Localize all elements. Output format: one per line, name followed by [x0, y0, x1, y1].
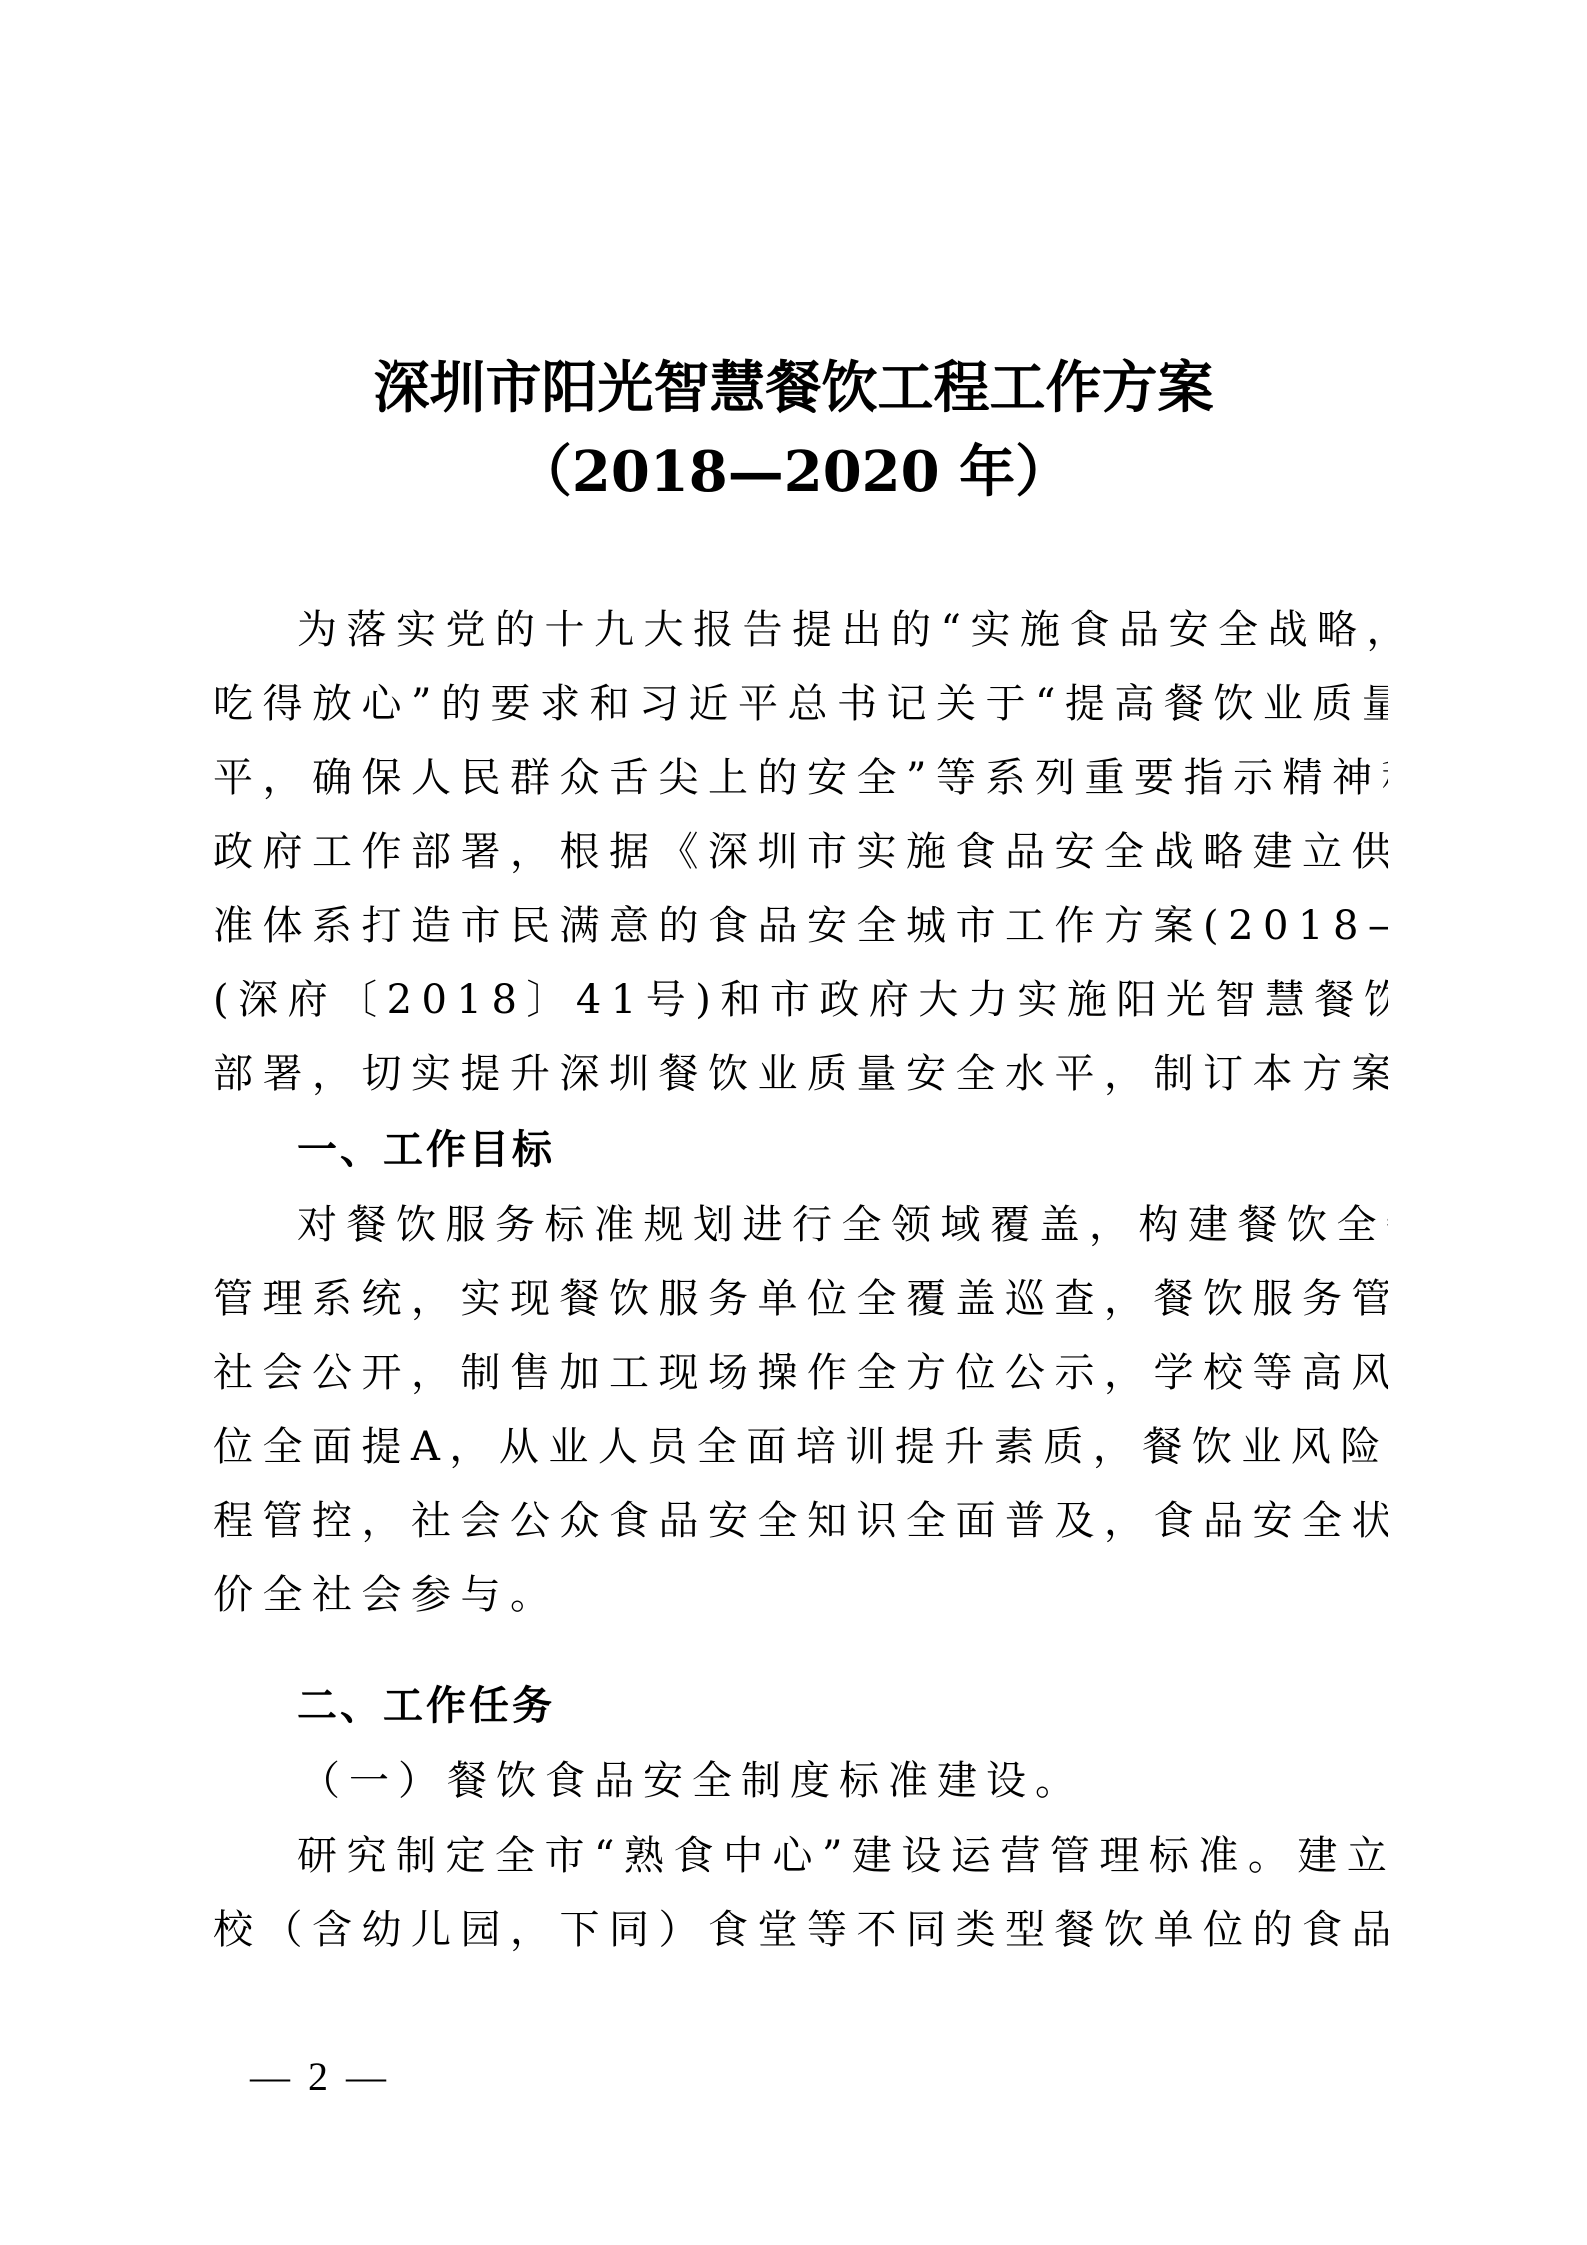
paragraph-line: 部署，切实提升深圳餐饮业质量安全水平，制订本方案。 [213, 1044, 1388, 1104]
paragraph-line: 研究制定全市“熟食中心”建设运营管理标准。建立涉及学 [297, 1826, 1388, 1886]
section-heading-tasks: 二、工作任务 [297, 1676, 555, 1736]
document-page: 深圳市阳光智慧餐饮工程工作方案 （2018—2020 年） 为落实党的十九大报告… [0, 0, 1587, 2245]
paragraph-line: 政府工作部署，根据《深圳市实施食品安全战略建立供深食品标 [213, 822, 1388, 882]
subsection-heading-standards: （一）餐饮食品安全制度标准建设。 [300, 1751, 1084, 1811]
paragraph-line: 准体系打造市民满意的食品安全城市工作方案(2018—2020年)》 [213, 896, 1388, 956]
document-title: 深圳市阳光智慧餐饮工程工作方案 [0, 353, 1587, 423]
paragraph-line: 吃得放心”的要求和习近平总书记关于“提高餐饮业质量安全水 [213, 674, 1388, 734]
paragraph-line: 对餐饮服务标准规划进行全领域覆盖，构建餐饮全链条监控 [297, 1195, 1388, 1255]
paragraph-line: 校（含幼儿园，下同）食堂等不同类型餐饮单位的食品安全分类 [213, 1900, 1388, 1960]
paragraph-line: (深府〔2018〕41号)和市政府大力实施阳光智慧餐饮工程决策 [213, 970, 1388, 1030]
paragraph-line: 为落实党的十九大报告提出的“实施食品安全战略，让人民 [297, 600, 1388, 660]
paragraph-line: 位全面提A，从业人员全面培训提升素质，餐饮业风险隐患全过 [213, 1417, 1388, 1477]
paragraph-line: 平，确保人民群众舌尖上的安全”等系列重要指示精神和省委省 [213, 748, 1388, 808]
paragraph-line: 社会公开，制售加工现场操作全方位公示，学校等高风险餐饮单 [213, 1343, 1388, 1403]
page-number: — 2 — [250, 2052, 390, 2102]
document-subtitle-years: （2018—2020 年） [0, 437, 1587, 507]
section-heading-goals: 一、工作目标 [297, 1120, 555, 1180]
paragraph-line: 管理系统，实现餐饮服务单位全覆盖巡查，餐饮服务管理信息全 [213, 1269, 1388, 1329]
paragraph-line: 价全社会参与。 [213, 1565, 1388, 1625]
paragraph-line: 程管控，社会公众食品安全知识全面普及，食品安全状况评估评 [213, 1491, 1388, 1551]
